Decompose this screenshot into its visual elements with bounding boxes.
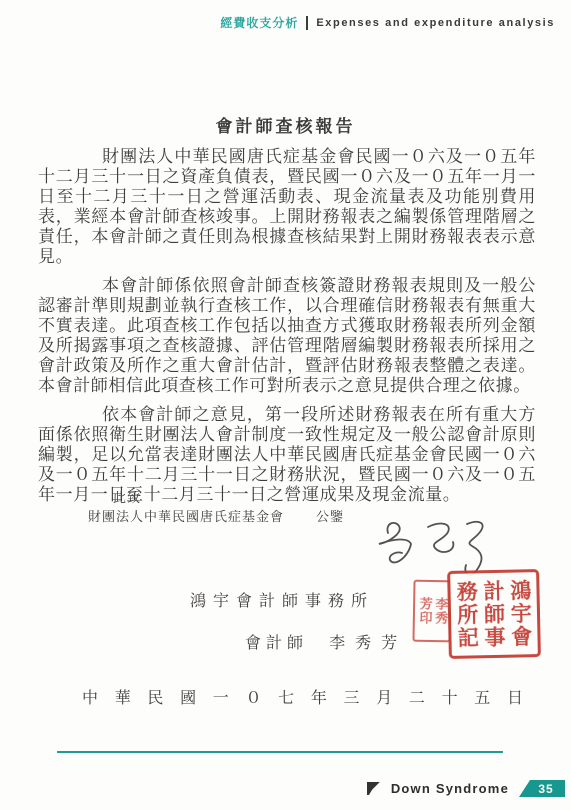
firm-name: 鴻宇會計師事務所 <box>190 588 374 611</box>
date-char: 十 <box>442 685 458 708</box>
honorific: 公鑒 <box>316 510 344 525</box>
page-footer: Down Syndrome 35 <box>367 780 565 797</box>
date-char: ０ <box>245 685 261 708</box>
date-char: 國 <box>180 685 196 708</box>
salutation: 此致 <box>113 487 141 506</box>
header-divider <box>306 16 308 30</box>
firm-seal-column: 務所記 <box>456 580 478 649</box>
scanned-report-page: 經費收支分析 Expenses and expenditure analysis… <box>0 0 571 810</box>
section-title-zh: 經費收支分析 <box>220 14 298 31</box>
signer-title: 會計師 <box>245 633 308 652</box>
date-char: 月 <box>376 685 392 708</box>
signer-line: 會計師 李秀芳 <box>245 630 407 653</box>
report-body: 財團法人中華民國唐氏症基金會民國一０六及一０五年十二月三十一日之資產負債表，暨民… <box>38 147 536 505</box>
addressee-line: 財團法人中華民國唐氏症基金會公鑒 <box>88 506 344 525</box>
report-title: 會計師查核報告 <box>0 112 571 137</box>
date-char: 五 <box>474 685 490 708</box>
addressee: 財團法人中華民國唐氏症基金會 <box>88 510 284 525</box>
date-char: 一 <box>213 685 229 708</box>
personal-seal: 李秀 芳印 <box>412 580 451 643</box>
date-char: 民 <box>147 685 163 708</box>
date-char: 中 <box>82 685 98 708</box>
date-char: 日 <box>507 685 523 708</box>
date-char: 華 <box>115 685 131 708</box>
date-line: 中 華 民 國 一 ０ 七 年 三 月 二 十 五 日 <box>82 685 523 708</box>
date-char: 年 <box>311 685 327 708</box>
signer-name: 李秀芳 <box>329 633 407 652</box>
firm-seal: 鴻宇會 計師事 務所記 <box>447 569 541 659</box>
date-char: 二 <box>409 685 425 708</box>
flag-icon <box>367 782 380 795</box>
footer-rule <box>57 751 503 753</box>
section-title-en: Expenses and expenditure analysis <box>316 17 555 29</box>
date-char: 七 <box>278 685 294 708</box>
date-char: 三 <box>344 685 360 708</box>
page-number-badge: 35 <box>519 780 565 797</box>
paragraph-audit-basis: 本會計師係依照會計師查核簽證財務報表規則及一般公認審計準則規劃並執行查核工作，以… <box>38 276 536 396</box>
section-header: 經費收支分析 Expenses and expenditure analysis <box>220 14 555 31</box>
personal-seal-column: 李秀 <box>433 597 446 625</box>
firm-seal-column: 計師事 <box>483 579 505 648</box>
footer-brand: Down Syndrome <box>391 781 509 796</box>
paragraph-scope: 財團法人中華民國唐氏症基金會民國一０六及一０五年十二月三十一日之資產負債表，暨民… <box>38 147 536 267</box>
firm-seal-column: 鴻宇會 <box>510 579 532 648</box>
personal-seal-column: 芳印 <box>417 597 430 625</box>
